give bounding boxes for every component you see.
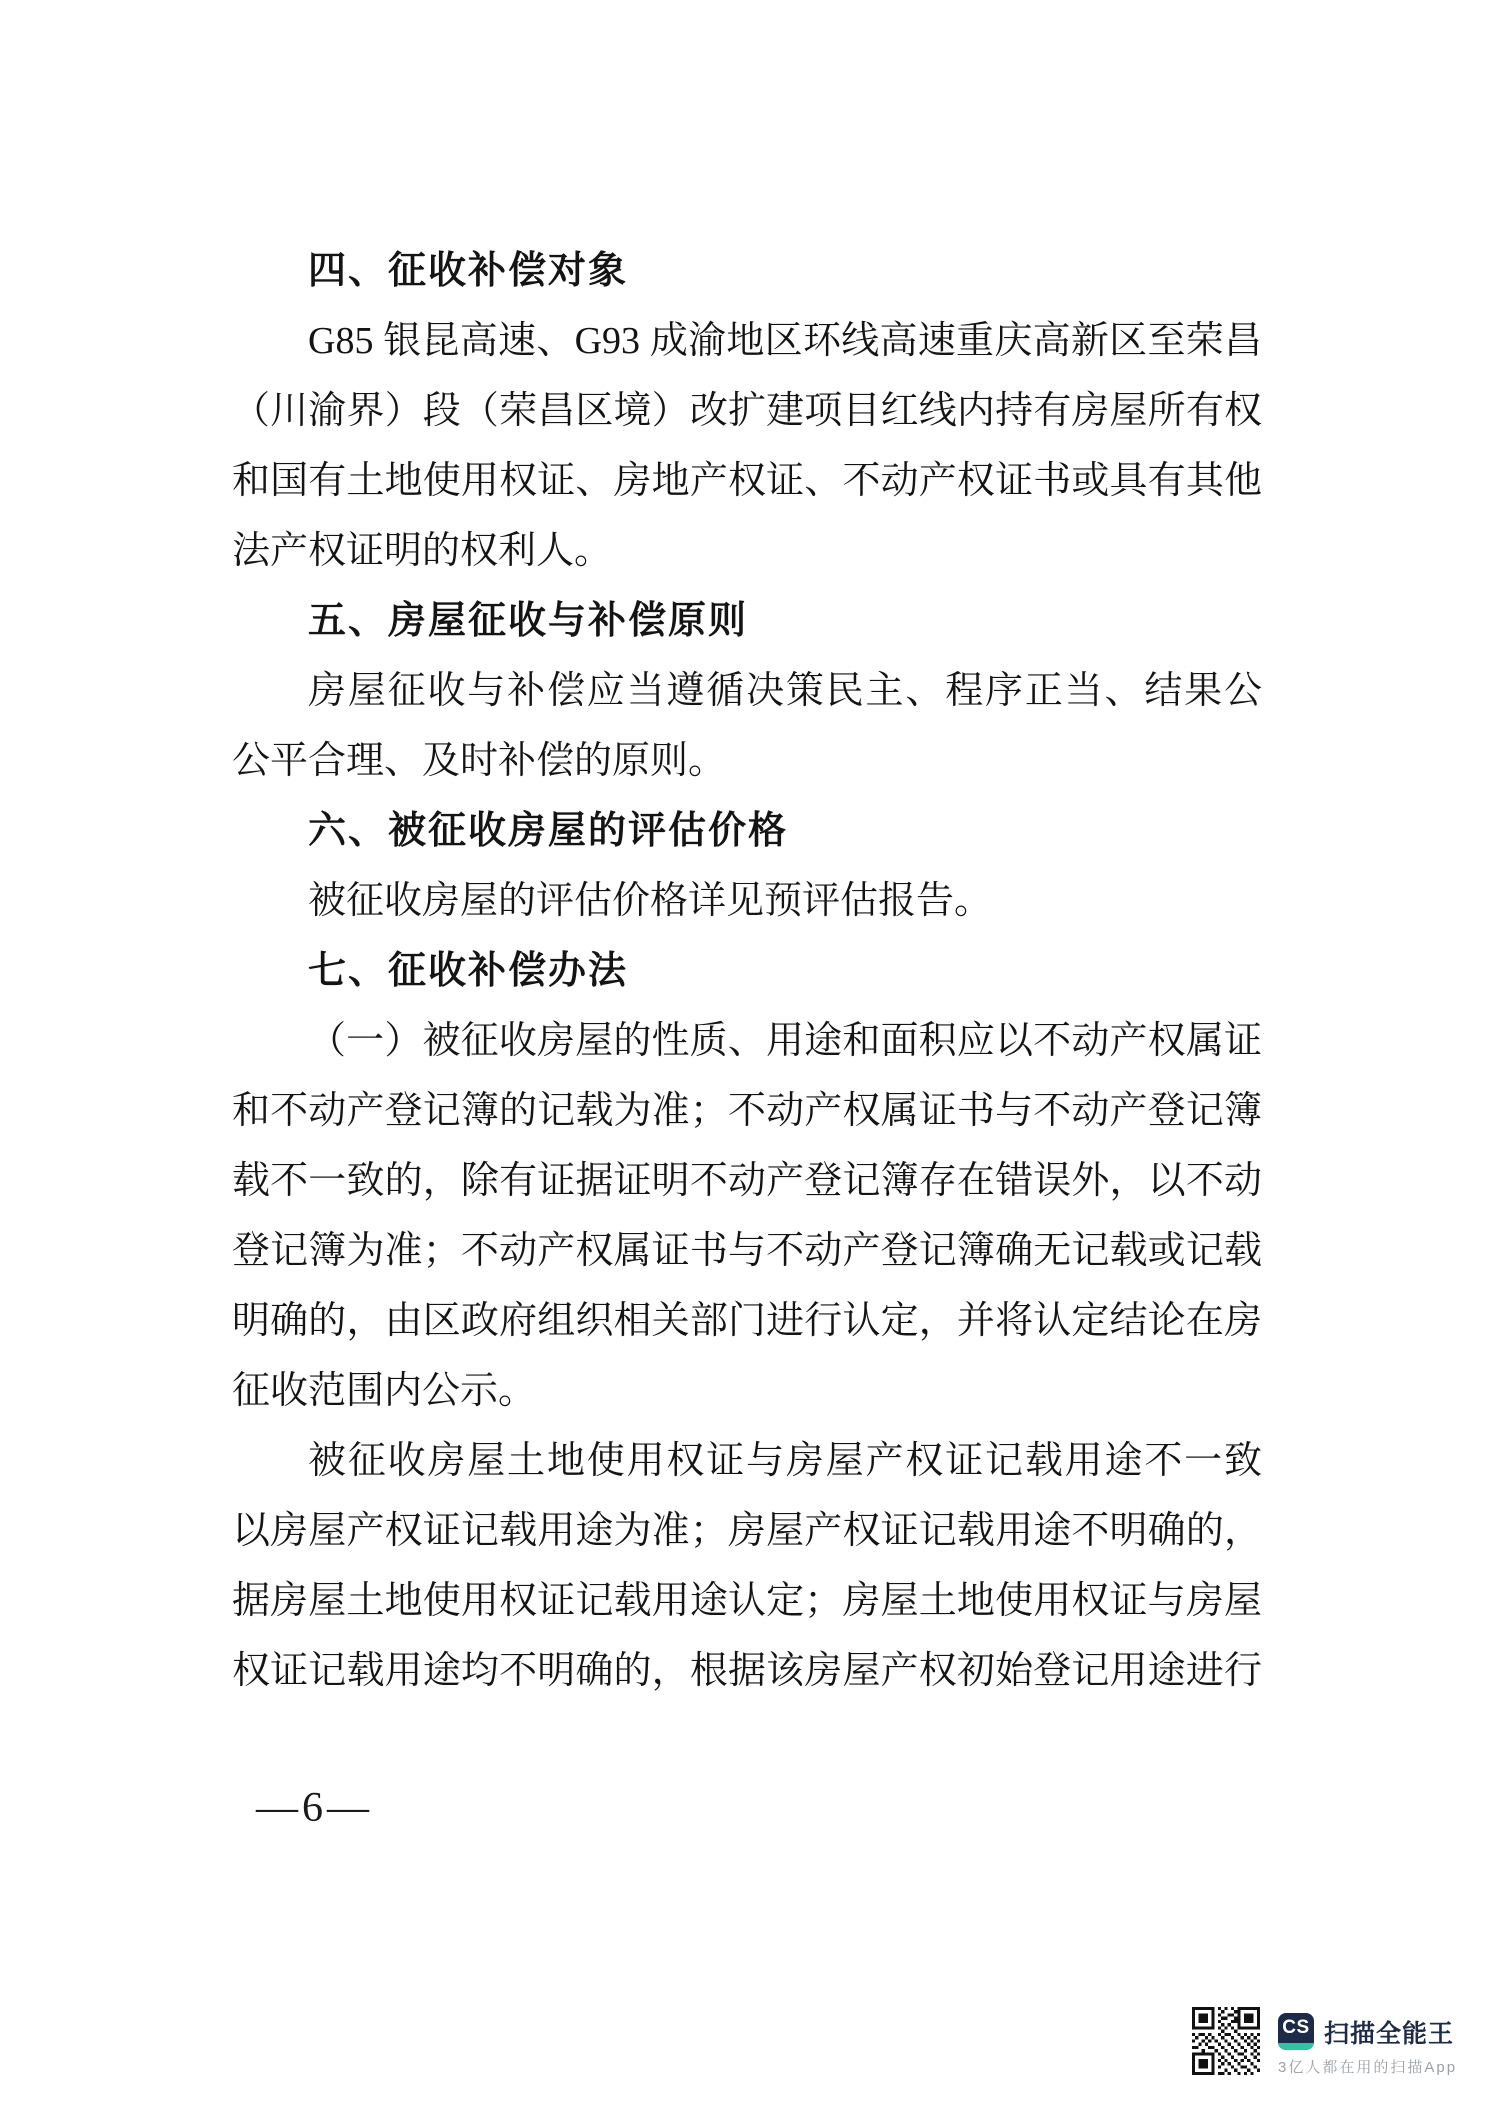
camscanner-logo-icon: CS — [1278, 2013, 1314, 2050]
body-line: 被征收房屋的评估价格详见预评估报告。 — [232, 866, 1262, 936]
body-line: 权证记载用途均不明确的，根据该房屋产权初始登记用途进行综 — [232, 1636, 1262, 1706]
body-line: 载不一致的，除有证据证明不动产登记簿存在错误外，以不动产 — [232, 1146, 1262, 1216]
document-body: 四、征收补偿对象 G85 银昆高速、G93 成渝地区环线高速重庆高新区至荣昌区 … — [232, 236, 1262, 1706]
body-line: 明确的，由区政府组织相关部门进行认定，并将认定结论在房屋 — [232, 1286, 1262, 1356]
camscanner-watermark: CS 扫描全能王 3亿人都在用的扫描App — [1192, 2007, 1462, 2087]
body-line: 和不动产登记簿的记载为准；不动产权属证书与不动产登记簿记 — [232, 1076, 1262, 1146]
body-line: 被征收房屋土地使用权证与房屋产权证记载用途不一致的， — [232, 1426, 1262, 1496]
section-heading-4: 四、征收补偿对象 — [232, 236, 1262, 306]
body-line: G85 银昆高速、G93 成渝地区环线高速重庆高新区至荣昌区 — [232, 306, 1262, 376]
body-line: （一）被征收房屋的性质、用途和面积应以不动产权属证书 — [232, 1006, 1262, 1076]
body-line: 登记簿为准；不动产权属证书与不动产登记簿确无记载或记载不 — [232, 1216, 1262, 1286]
camscanner-tagline: 3亿人都在用的扫描App — [1278, 2059, 1457, 2076]
body-line: 以房屋产权证记载用途为准；房屋产权证记载用途不明确的，根 — [232, 1496, 1262, 1566]
body-line: 和国有土地使用权证、房地产权证、不动产权证书或具有其他合 — [232, 446, 1262, 516]
body-line: 公平合理、及时补偿的原则。 — [232, 726, 1262, 796]
scanned-document-page: 四、征收补偿对象 G85 银昆高速、G93 成渝地区环线高速重庆高新区至荣昌区 … — [0, 0, 1487, 2105]
section-heading-6: 六、被征收房屋的评估价格 — [232, 796, 1262, 866]
body-line: 房屋征收与补偿应当遵循决策民主、程序正当、结果公开、 — [232, 656, 1262, 726]
qr-code-icon — [1192, 2007, 1260, 2075]
page-number: —6— — [256, 1784, 373, 1832]
camscanner-logo-underline — [1278, 2043, 1314, 2050]
section-heading-7: 七、征收补偿办法 — [232, 936, 1262, 1006]
body-line: （川渝界）段（荣昌区境）改扩建项目红线内持有房屋所有权证 — [232, 376, 1262, 446]
camscanner-brand-name: 扫描全能王 — [1324, 2022, 1454, 2047]
body-line: 征收范围内公示。 — [232, 1356, 1262, 1426]
body-line: 法产权证明的权利人。 — [232, 516, 1262, 586]
section-heading-5: 五、房屋征收与补偿原则 — [232, 586, 1262, 656]
body-line: 据房屋土地使用权证记载用途认定；房屋土地使用权证与房屋产 — [232, 1566, 1262, 1636]
camscanner-logo-text: CS — [1278, 2013, 1314, 2043]
